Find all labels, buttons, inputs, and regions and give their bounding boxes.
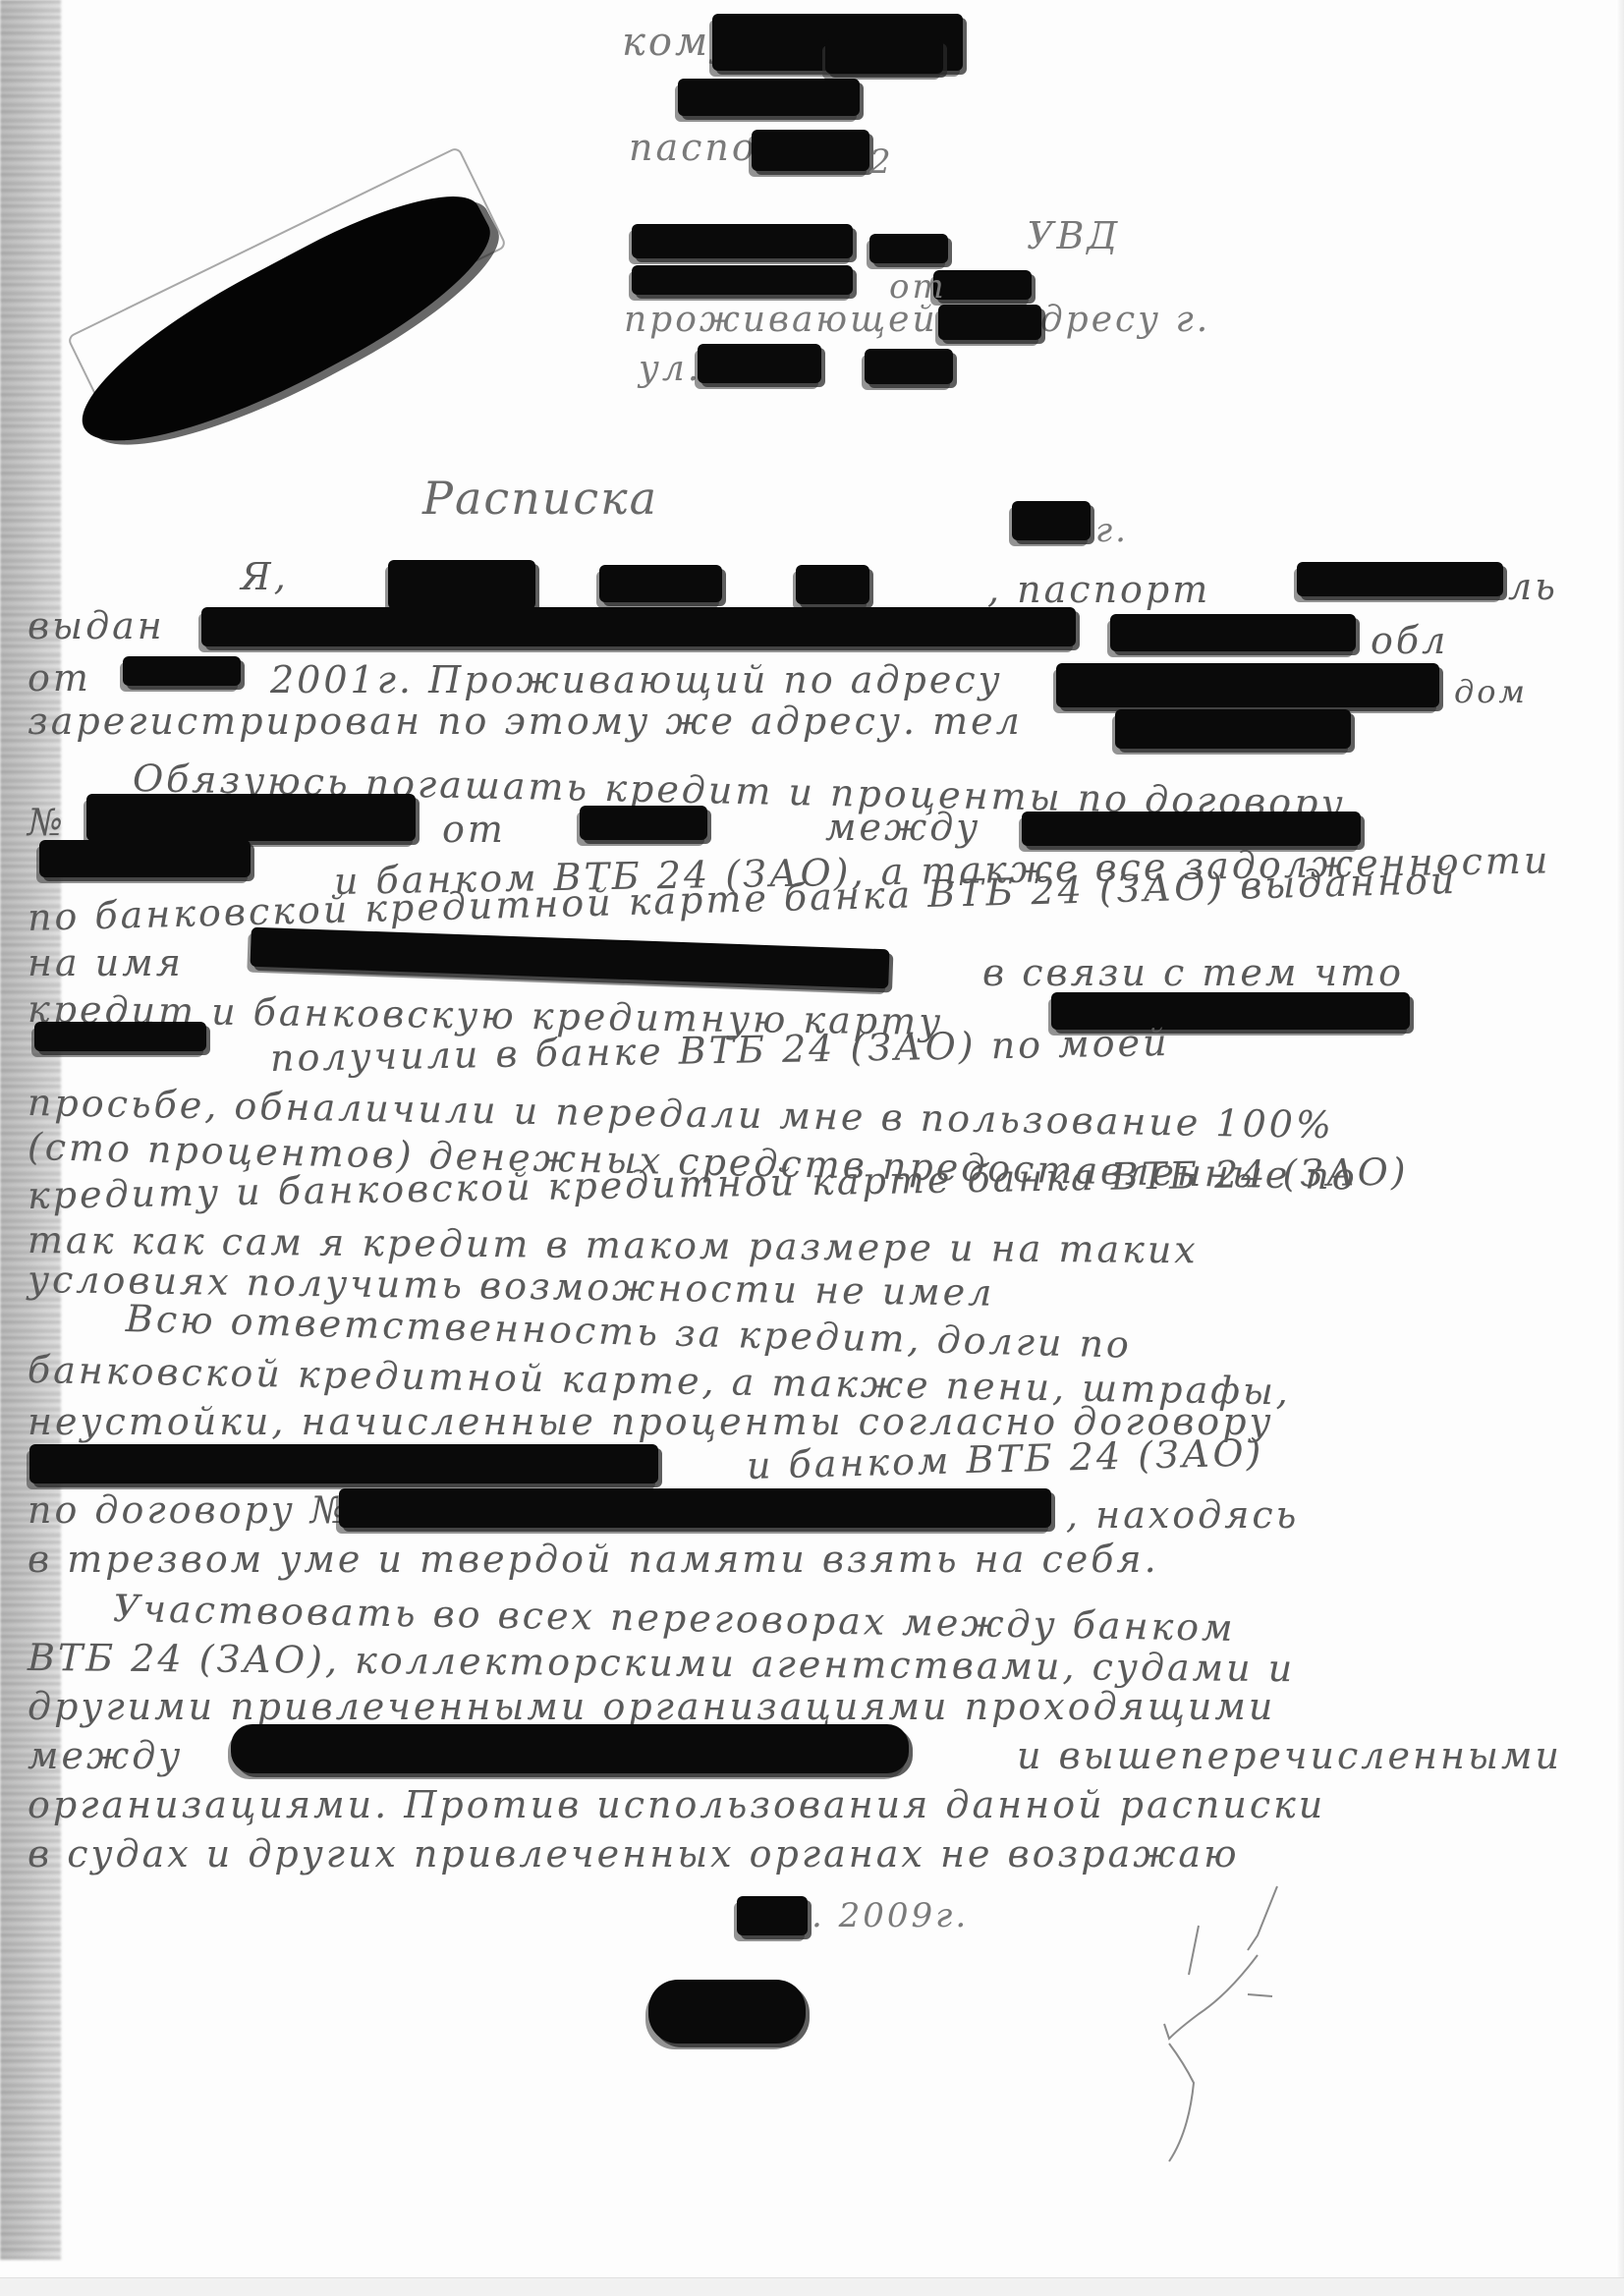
body-line-28: в судах и других привлеченных органах не…	[28, 1832, 1240, 1876]
body-line-3-b: 2001г. Проживающий по адресу	[270, 658, 1003, 701]
redaction-passport-number	[752, 130, 869, 171]
redaction-borrower-name-3	[29, 1444, 658, 1484]
redaction-issued-date	[933, 270, 1032, 300]
redaction-contract-date	[580, 806, 707, 840]
scanned-document-page: кому паспорт 2 УВД от проживающей по адр…	[0, 0, 1624, 2296]
body-line-3-a: от	[28, 656, 91, 700]
body-line-27: организациями. Против использования данн…	[28, 1783, 1325, 1826]
header-residence-line: проживающей по адресу г.	[624, 300, 1210, 340]
redaction-region	[1110, 614, 1356, 651]
page-bottom-edge	[0, 2277, 1624, 2296]
redaction-addressee-line2	[678, 79, 860, 116]
body-line-22: в трезвом уме и твердой памяти взять на …	[28, 1538, 1159, 1581]
redaction-issued-by-2	[869, 234, 948, 263]
redaction-name-patronymic	[796, 565, 869, 604]
redaction-address	[1056, 663, 1439, 707]
redaction-house	[865, 349, 953, 384]
body-line-2-a: выдан	[28, 604, 165, 647]
redaction-contract-number-2	[339, 1488, 1051, 1528]
redaction-borrower-name	[1022, 812, 1361, 846]
body-line-9-b: в связи с тем что	[982, 951, 1404, 994]
redaction-name-first	[599, 565, 722, 602]
body-line-21-b: , находясь	[1066, 1493, 1299, 1537]
redaction-contract-number	[86, 794, 416, 841]
redaction-issued-by-main	[201, 607, 1076, 646]
body-line-1-a: Я,	[241, 555, 289, 598]
redaction-title-date	[1012, 501, 1091, 540]
title-date-suffix: г.	[1095, 511, 1129, 550]
redaction-issued-by	[632, 224, 853, 258]
redaction-borrower-name-4	[231, 1724, 909, 1773]
document-date: . 2009г.	[812, 1896, 969, 1935]
redaction-date-day-month	[737, 1896, 808, 1935]
document-title: Расписка	[422, 472, 658, 525]
body-line-21-a: по договору №	[28, 1488, 349, 1532]
redaction-name-surname	[388, 560, 535, 609]
header-street-prefix: ул.	[639, 349, 701, 389]
redaction-issued-org	[632, 265, 853, 295]
body-line-25: другими привлеченными организациями прох…	[28, 1685, 1275, 1728]
handwritten-signature	[1140, 1867, 1336, 2181]
redaction-signer-name	[648, 1980, 806, 2044]
body-line-26-a: между	[28, 1734, 183, 1777]
redaction-issue-date	[123, 656, 241, 686]
body-line-1-d: ль	[1508, 565, 1558, 608]
redaction-card-holder	[250, 927, 889, 989]
redaction-phone	[1115, 709, 1351, 749]
body-line-6-c: между	[825, 806, 980, 849]
body-line-9-a: на имя	[28, 941, 184, 984]
body-line-3-c: дом	[1454, 673, 1528, 710]
header-passport-suffix: 2	[869, 142, 894, 182]
redaction-street	[698, 344, 821, 383]
redaction-addressee-name-2	[825, 39, 943, 74]
body-line-26-b: и вышеперечисленными	[1017, 1734, 1562, 1777]
redaction-card-holder-3	[34, 1022, 206, 1051]
body-line-6-b: от	[442, 808, 506, 851]
body-line-4: зарегистрирован по этому же адресу. тел	[28, 700, 1023, 743]
header-issued-org: УВД	[1027, 214, 1120, 257]
redaction-residence-city	[938, 305, 1041, 340]
body-line-2-b: обл	[1371, 619, 1448, 662]
body-line-1-c: , паспорт	[987, 568, 1210, 611]
redaction-passport-main	[1297, 562, 1503, 596]
redaction-borrower-name-2	[39, 840, 251, 877]
page-right-edge	[1616, 0, 1624, 2277]
body-line-6-a: №	[28, 801, 66, 844]
